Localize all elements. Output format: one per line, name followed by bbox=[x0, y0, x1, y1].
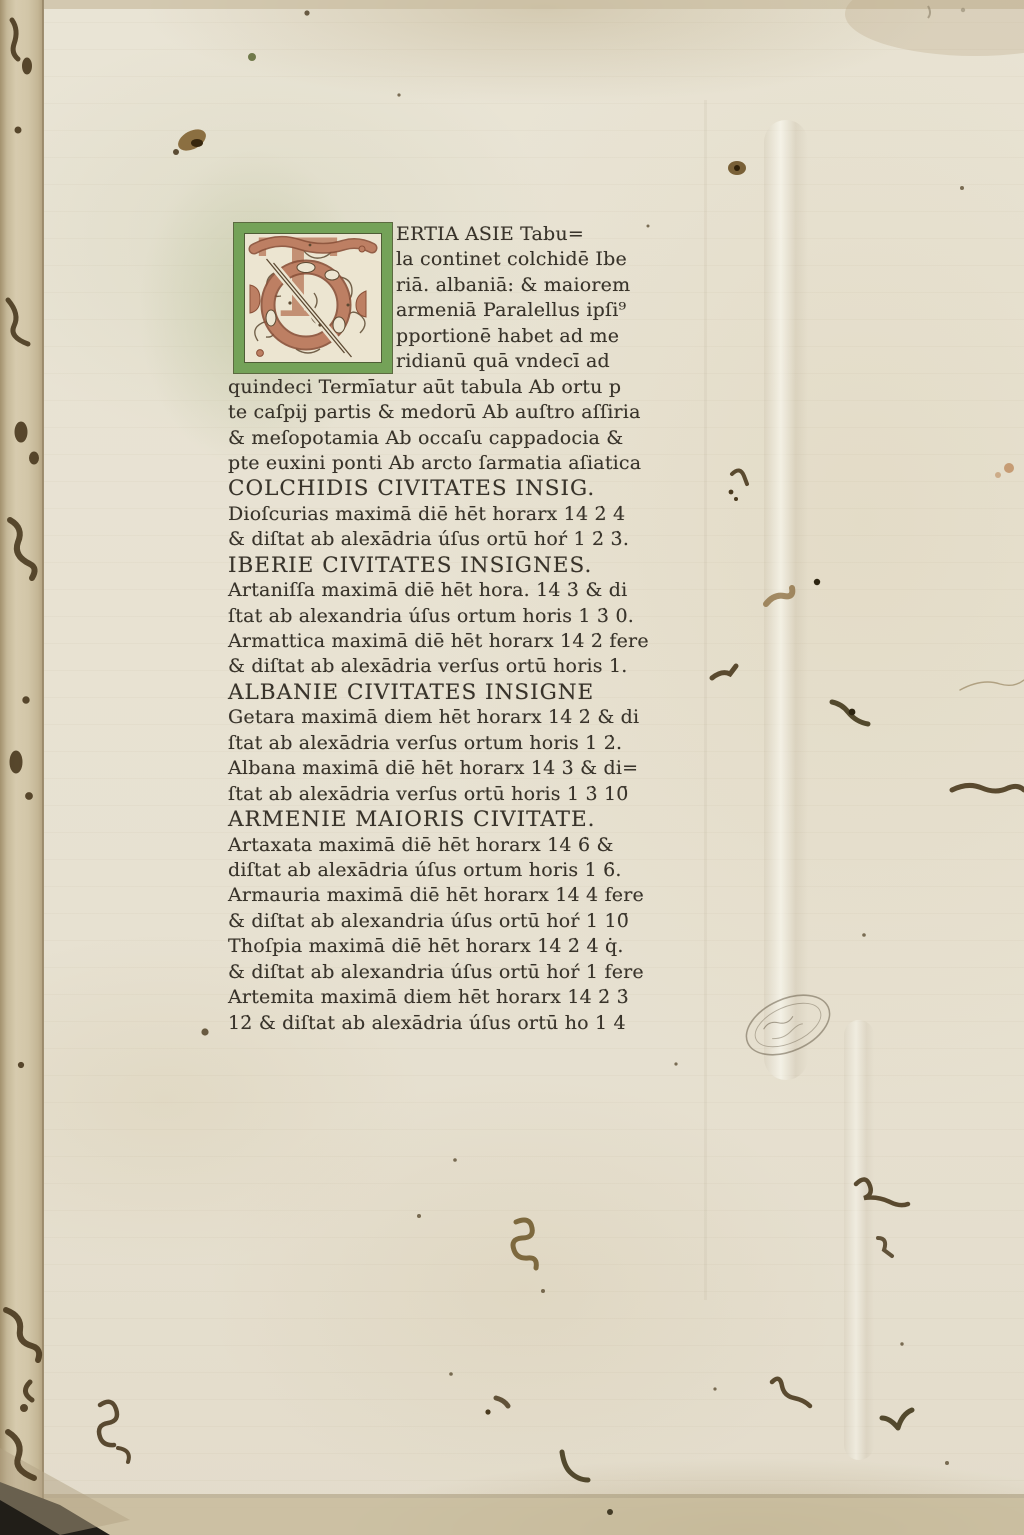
text-line: Getara maximā diem hēt horarx 14 2̇ & di bbox=[228, 705, 648, 730]
text-line: Albana maximā diē hēt horarx 14 3̇ & di= bbox=[228, 756, 648, 781]
text-line: Artaxata maximā diē hēt horarx 14 6̇ & bbox=[228, 833, 648, 858]
text-block: T bbox=[228, 222, 648, 1036]
text-line: ſtat ab alexādria verſus ortū horis 1 3̇… bbox=[228, 782, 648, 807]
page-edge-stack bbox=[0, 0, 46, 1535]
text-line: & diſtat ab alexandria úſus ortū hoŕ 1 1… bbox=[228, 909, 648, 934]
text-line: 12̇ & diſtat ab alexādria úſus ortū ho 1… bbox=[228, 1011, 648, 1036]
book-scan: T bbox=[0, 0, 1024, 1535]
text-line: pte euxini ponti Ab arcto ſarmatia aſiat… bbox=[228, 451, 648, 476]
text-line: Armauria maximā diē hēt horarx 14 4̇ fer… bbox=[228, 883, 648, 908]
text-line: ſtat ab alexādria verſus ortum horis 1 2… bbox=[228, 731, 648, 756]
text-line: Artaniſſa maximā diē hēt hora. 14 3̇ & d… bbox=[228, 578, 648, 603]
text-line: Thoſpia maximā diē hēt horarx 14 2̇ 4̇ q… bbox=[228, 934, 648, 959]
text-line: & diſtat ab alexādria verſus ortū horis … bbox=[228, 654, 648, 679]
embossed-channel bbox=[764, 120, 808, 1080]
section-header: ARMENIE MAIORIS CIVITATE. bbox=[228, 807, 648, 832]
drop-cap-initial: T bbox=[234, 223, 392, 373]
text-line: Dioſcurias maximā diē hēt horarx 14 2̇ 4… bbox=[228, 502, 648, 527]
text-line: quindeci Termīatur aūt tabula Ab ortu p bbox=[228, 375, 648, 400]
section-header: COLCHIDIS CIVITATES INSIG. bbox=[228, 476, 648, 501]
embossed-channel-lower bbox=[844, 1020, 874, 1460]
section-header: IBERIE CIVITATES INSIGNES. bbox=[228, 553, 648, 578]
text-line: & diſtat ab alexandria úſus ortū hoŕ 1 f… bbox=[228, 960, 648, 985]
text-line: & meſopotamia Ab occaſu cappadocia & bbox=[228, 426, 648, 451]
drop-cap-foliage bbox=[244, 233, 382, 363]
text-line: te caſpij partis & medorū Ab auſtro aſſi… bbox=[228, 400, 648, 425]
text-line: & diſtat ab alexādria úſus ortū hoŕ 1 2̇… bbox=[228, 527, 648, 552]
text-line: Artemita maximā diem hēt horarx 14 2̇ 3̇ bbox=[228, 985, 648, 1010]
text-line: diſtat ab alexādria úſus ortum horis 1 6… bbox=[228, 858, 648, 883]
text-line: ſtat ab alexandria úſus ortum horis 1 3̇… bbox=[228, 604, 648, 629]
paper-crease bbox=[704, 100, 707, 1300]
text-line: Armattica maximā diē hēt horarx 14 2̇ fe… bbox=[228, 629, 648, 654]
section-header: ALBANIE CIVITATES INSIGNE bbox=[228, 680, 648, 705]
